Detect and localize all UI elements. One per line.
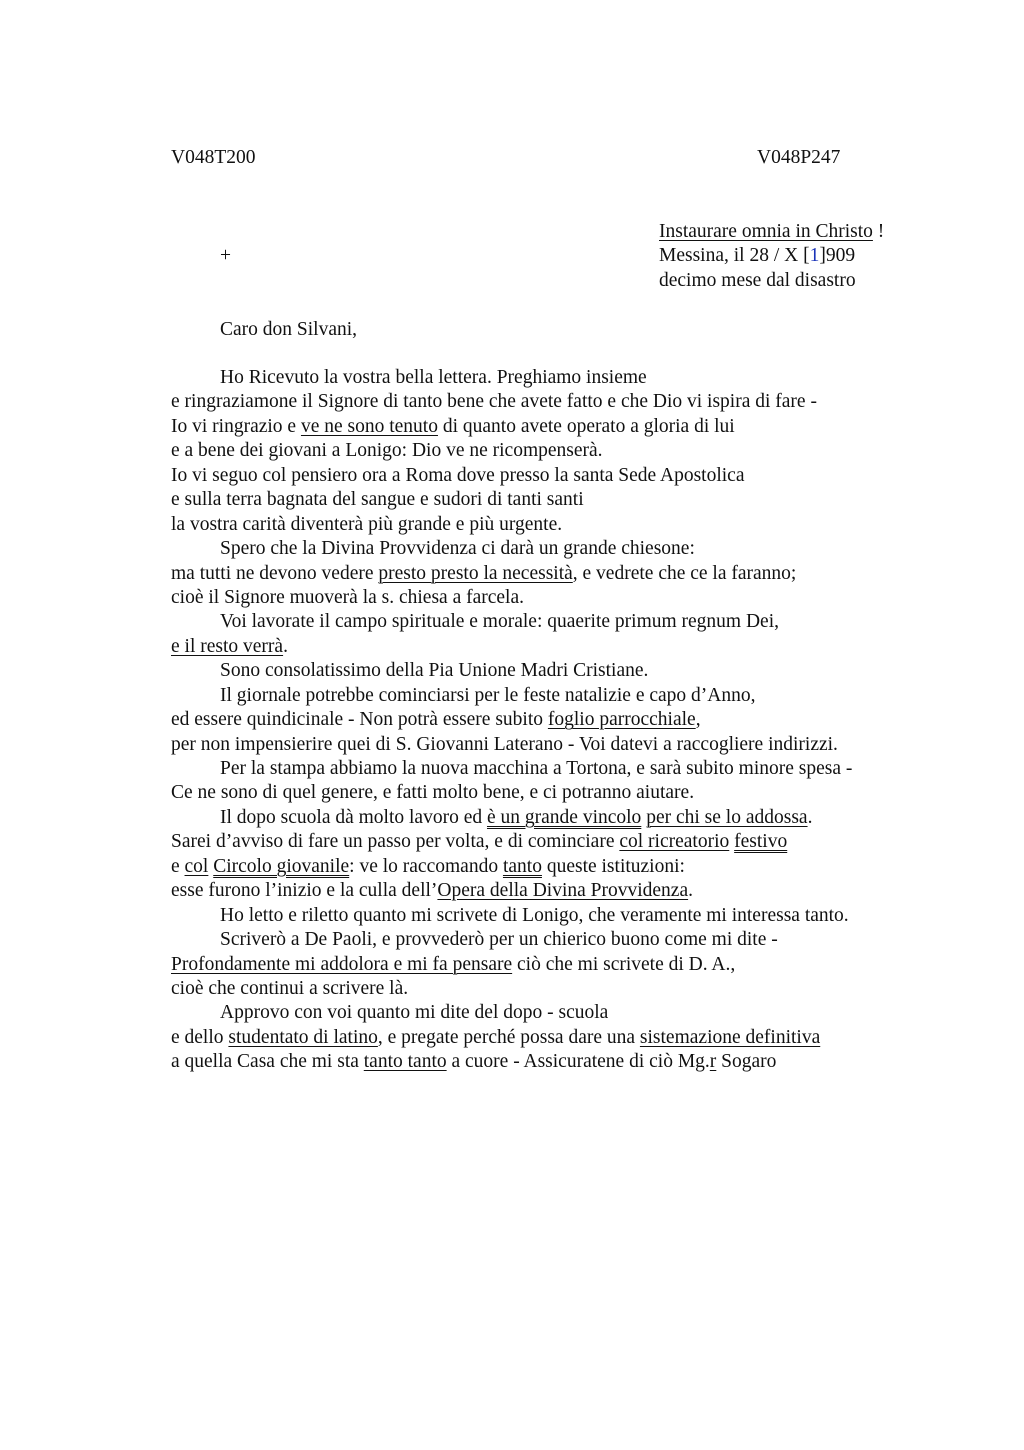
underlined-text: sistemazione definitiva bbox=[640, 1027, 820, 1048]
double-underlined-text: tanto bbox=[503, 856, 542, 877]
letter-line: e col Circolo giovanile: ve lo raccomand… bbox=[171, 855, 911, 879]
text-segment: , bbox=[696, 709, 701, 730]
text-segment: e sulla terra bagnata del sangue e sudor… bbox=[171, 489, 584, 510]
underlined-text: per chi se lo addossa bbox=[646, 807, 807, 828]
letter-line: e dello studentato di latino, e pregate … bbox=[171, 1026, 911, 1050]
letter-line: Profondamente mi addolora e mi fa pensar… bbox=[171, 953, 911, 977]
text-segment: a cuore - Assicuratene di ciò Mg. bbox=[447, 1051, 710, 1072]
underlined-text: presto presto la necessità bbox=[378, 563, 572, 584]
place-date-suffix: ]909 bbox=[819, 245, 855, 266]
text-segment: Il dopo scuola dà molto lavoro ed bbox=[220, 807, 487, 828]
underlined-text: tanto tanto bbox=[364, 1051, 447, 1072]
letter-line: Ho letto e riletto quanto mi scrivete di… bbox=[171, 904, 911, 928]
underlined-text: ve ne sono tenuto bbox=[301, 416, 438, 437]
text-segment: . bbox=[283, 636, 288, 657]
text-segment: Ho Ricevuto la vostra bella lettera. Pre… bbox=[220, 367, 647, 388]
letter-line: Il giornale potrebbe cominciarsi per le … bbox=[171, 684, 911, 708]
date-note: decimo mese dal disastro bbox=[659, 269, 856, 294]
underlined-text: studentato di latino bbox=[228, 1027, 377, 1048]
salutation: Caro don Silvani, bbox=[220, 318, 357, 343]
letter-line: Spero che la Divina Provvidenza ci darà … bbox=[171, 537, 911, 561]
archive-reference-left: V048T200 bbox=[171, 146, 256, 171]
place-date-prefix: Messina, il 28 / X [ bbox=[659, 245, 810, 266]
letter-line: Io vi seguo col pensiero ora a Roma dove… bbox=[171, 464, 911, 488]
letter-line: Approvo con voi quanto mi dite del dopo … bbox=[171, 1001, 911, 1025]
letter-line: Io vi ringrazio e ve ne sono tenuto di q… bbox=[171, 415, 911, 439]
double-underlined-text: festivo bbox=[734, 831, 787, 852]
text-segment: ciò che mi scrivete di D. A., bbox=[512, 954, 735, 975]
letter-line: Ce ne sono di quel genere, e fatti molto… bbox=[171, 781, 911, 805]
letter-body: Ho Ricevuto la vostra bella lettera. Pre… bbox=[171, 366, 911, 1075]
letter-line: Per la stampa abbiamo la nuova macchina … bbox=[171, 757, 911, 781]
text-segment: . bbox=[808, 807, 813, 828]
underlined-text: Opera della Divina Provvidenza bbox=[437, 880, 688, 901]
text-segment: Io vi seguo col pensiero ora a Roma dove… bbox=[171, 465, 744, 486]
motto-suffix: ! bbox=[873, 221, 884, 242]
letter-line: e sulla terra bagnata del sangue e sudor… bbox=[171, 488, 911, 512]
text-segment: Spero che la Divina Provvidenza ci darà … bbox=[220, 538, 695, 559]
text-segment: Sono consolatissimo della Pia Unione Mad… bbox=[220, 660, 648, 681]
text-segment: ma tutti ne devono vedere bbox=[171, 563, 378, 584]
letter-line: ma tutti ne devono vedere presto presto … bbox=[171, 562, 911, 586]
text-segment: Scriverò a De Paoli, e provvederò per un… bbox=[220, 929, 778, 950]
text-segment: queste istituzioni: bbox=[542, 856, 685, 877]
letter-line: per non impensierire quei di S. Giovanni… bbox=[171, 733, 911, 757]
cross-symbol: + bbox=[220, 244, 231, 269]
text-segment: e a bene dei giovani a Lonigo: Dio ve ne… bbox=[171, 440, 603, 461]
text-segment: cioè il Signore muoverà la s. chiesa a f… bbox=[171, 587, 524, 608]
letter-line: e a bene dei giovani a Lonigo: Dio ve ne… bbox=[171, 439, 911, 463]
letter-line: Scriverò a De Paoli, e provvederò per un… bbox=[171, 928, 911, 952]
double-underlined-text: Circolo giovanile bbox=[213, 856, 349, 877]
text-segment: Il giornale potrebbe cominciarsi per le … bbox=[220, 685, 755, 706]
letter-line: Sarei d’avviso di fare un passo per volt… bbox=[171, 830, 911, 854]
letter-line: Il dopo scuola dà molto lavoro ed è un g… bbox=[171, 806, 911, 830]
letter-line: Voi lavorate il campo spirituale e moral… bbox=[171, 610, 911, 634]
underlined-text: col bbox=[185, 856, 209, 877]
text-segment: a quella Casa che mi sta bbox=[171, 1051, 364, 1072]
underlined-text: Profondamente mi addolora e mi fa pensar… bbox=[171, 954, 512, 975]
text-segment: e bbox=[171, 856, 185, 877]
text-segment: Io vi ringrazio e bbox=[171, 416, 301, 437]
text-segment: la vostra carità diventerà più grande e … bbox=[171, 514, 562, 535]
text-segment: Approvo con voi quanto mi dite del dopo … bbox=[220, 1002, 608, 1023]
text-segment: Ce ne sono di quel genere, e fatti molto… bbox=[171, 782, 694, 803]
letter-line: esse furono l’inizio e la culla dell’Ope… bbox=[171, 879, 911, 903]
text-segment: per non impensierire quei di S. Giovanni… bbox=[171, 734, 838, 755]
text-segment: , e vedrete che ce la faranno; bbox=[573, 563, 797, 584]
underlined-text: col ricreatorio bbox=[619, 831, 729, 852]
underlined-text: foglio parrocchiale bbox=[548, 709, 696, 730]
text-segment: : ve lo raccomando bbox=[349, 856, 503, 877]
letter-line: ed essere quindicinale - Non potrà esser… bbox=[171, 708, 911, 732]
text-segment: cioè che continui a scrivere là. bbox=[171, 978, 408, 999]
letter-line: Ho Ricevuto la vostra bella lettera. Pre… bbox=[171, 366, 911, 390]
letter-line: a quella Casa che mi sta tanto tanto a c… bbox=[171, 1050, 911, 1074]
editorial-insertion: 1 bbox=[810, 245, 820, 266]
underlined-text: e il resto verrà bbox=[171, 636, 283, 657]
text-segment: Per la stampa abbiamo la nuova macchina … bbox=[220, 758, 852, 779]
letter-line: e ringraziamone il Signore di tanto bene… bbox=[171, 390, 911, 414]
place-date: Messina, il 28 / X [1]909 bbox=[659, 244, 855, 269]
motto: Instaurare omnia in Christo ! bbox=[659, 220, 884, 245]
text-segment: Voi lavorate il campo spirituale e moral… bbox=[220, 611, 779, 632]
text-segment: Sogaro bbox=[716, 1051, 776, 1072]
text-segment: e dello bbox=[171, 1027, 228, 1048]
text-segment: esse furono l’inizio e la culla dell’ bbox=[171, 880, 437, 901]
text-segment: , e pregate perché possa dare una bbox=[378, 1027, 640, 1048]
text-segment: Sarei d’avviso di fare un passo per volt… bbox=[171, 831, 619, 852]
text-segment: . bbox=[688, 880, 693, 901]
text-segment: di quanto avete operato a gloria di lui bbox=[438, 416, 735, 437]
archive-reference-right: V048P247 bbox=[757, 146, 840, 171]
double-underlined-text: è un grande vincolo bbox=[487, 807, 641, 828]
text-segment: e ringraziamone il Signore di tanto bene… bbox=[171, 391, 817, 412]
letter-line: cioè il Signore muoverà la s. chiesa a f… bbox=[171, 586, 911, 610]
motto-text: Instaurare omnia in Christo bbox=[659, 221, 873, 242]
letter-line: la vostra carità diventerà più grande e … bbox=[171, 513, 911, 537]
letter-line: Sono consolatissimo della Pia Unione Mad… bbox=[171, 659, 911, 683]
letter-line: cioè che continui a scrivere là. bbox=[171, 977, 911, 1001]
text-segment: Ho letto e riletto quanto mi scrivete di… bbox=[220, 905, 849, 926]
text-segment: ed essere quindicinale - Non potrà esser… bbox=[171, 709, 548, 730]
letter-line: e il resto verrà. bbox=[171, 635, 911, 659]
